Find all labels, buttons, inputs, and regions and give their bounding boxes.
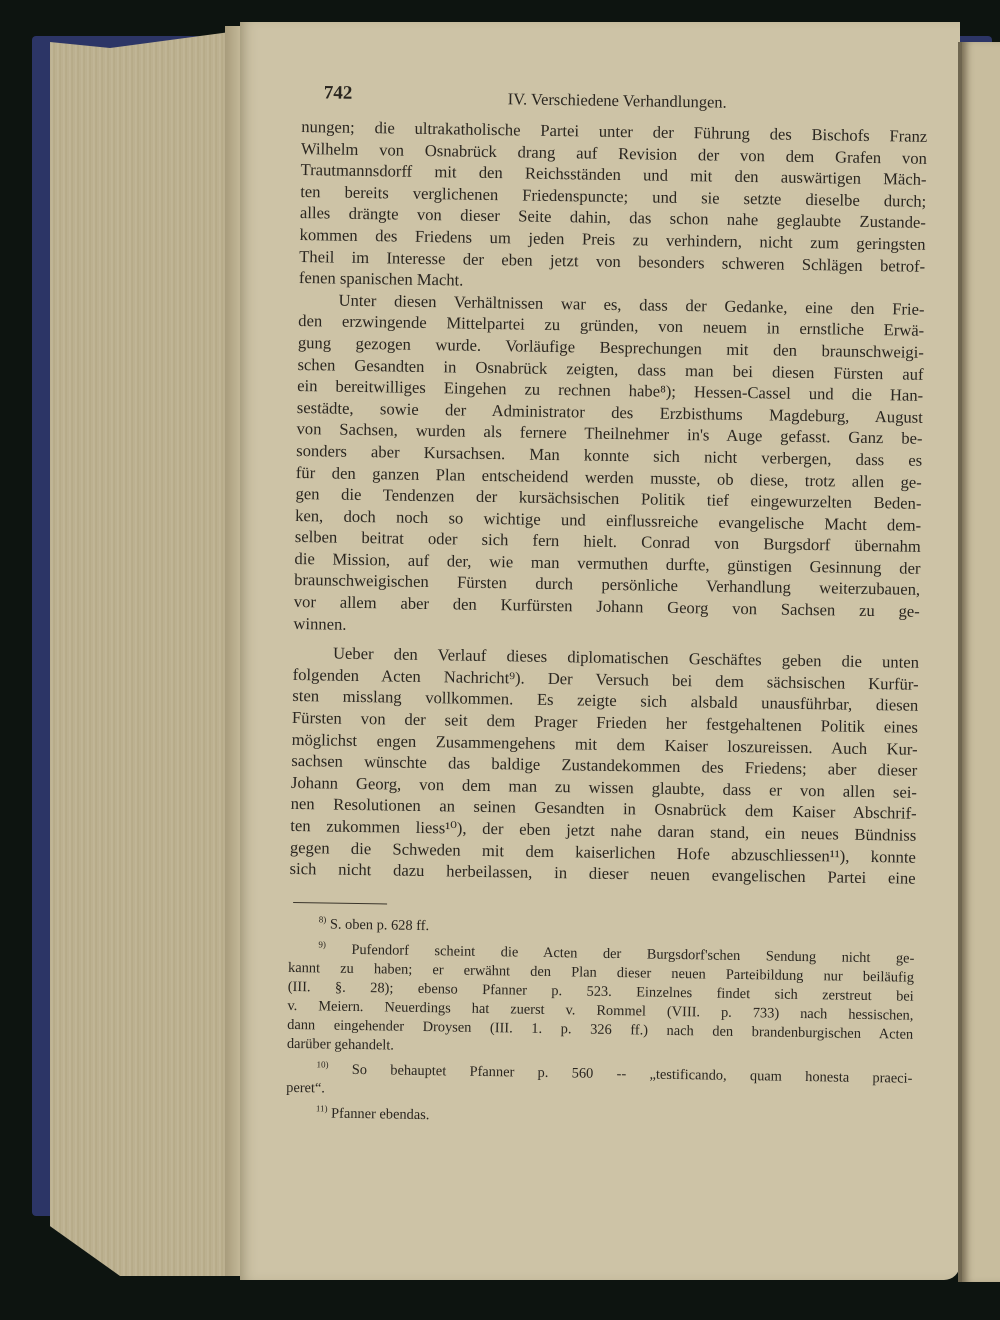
page-number: 742 <box>324 82 353 104</box>
footnote-line: 8) S. oben p. 628 ff. <box>289 915 915 944</box>
chapter-title: IV. Verschiedene Verhandlungen. <box>508 89 727 112</box>
footnotes: 8) S. oben p. 628 ff. 9) Pufendorf schei… <box>286 915 915 1133</box>
footnote-9: 9) Pufendorf scheint die Acten der Burgs… <box>287 940 915 1064</box>
footnote-8: 8) S. oben p. 628 ff. <box>289 915 915 944</box>
footnote-marker: 11) <box>316 1103 328 1113</box>
paragraph-2: Unter diesen Verhältnissen war es, dass … <box>293 289 924 644</box>
paragraph-1: nungen; die ultrakatholische Partei unte… <box>299 116 928 299</box>
page-stack-edges <box>50 28 240 1276</box>
footnote-marker: 9) <box>318 939 326 949</box>
facing-page-edge <box>962 42 1000 1282</box>
page-content: 742 IV. Verschiedene Verhandlungen. nung… <box>286 82 928 1138</box>
footnote-10: 10) So behauptet Pfanner p. 560 -- „test… <box>286 1060 913 1108</box>
paragraph-3: Ueber den Verlauf dieses diplomatischen … <box>289 642 919 889</box>
footnote-11: 11) Pfanner ebendas. <box>286 1104 912 1133</box>
footnote-marker: 8) <box>319 914 327 924</box>
footnote-line: 11) Pfanner ebendas. <box>286 1104 912 1133</box>
footnote-divider <box>293 902 387 904</box>
footnote-marker: 10) <box>316 1059 328 1069</box>
